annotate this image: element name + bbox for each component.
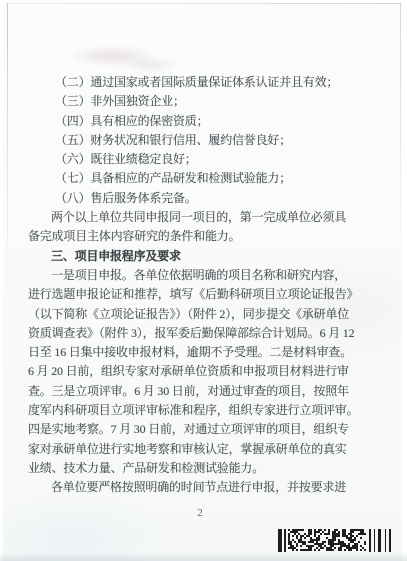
text-line: 各单位要严格按照明确的时间节点进行申报，并按要求进	[28, 478, 384, 497]
text-line: 一是项目申报。各单位依据明确的项目名称和研究内容，	[28, 266, 384, 285]
text-line: 备完成项目主体内容研究的条件和能力。	[28, 227, 384, 246]
ink-bleed-smudge	[120, 58, 180, 72]
text-line: （四）具有相应的保密资质；	[28, 112, 384, 131]
scan-background-right	[402, 0, 407, 561]
section-heading: 三、项目申报程序及要求	[28, 247, 384, 266]
text-line: 两个以上单位共同申报同一项目的，第一完成单位必须具	[28, 208, 384, 227]
scan-background-top	[0, 0, 407, 3]
text-line: 四是实地考察。7 月 30 日前，对通过立项评审的项目，组织专	[28, 420, 384, 439]
text-line: 6 月 20 日前，组织专家对承研单位资质和申报项目材料进行审	[28, 362, 384, 381]
text-line: 度军内科研项目立项评审标准和程序，组织专家进行立项评审。	[28, 401, 384, 420]
scan-background-left	[0, 0, 3, 561]
text-line: 查。三是立项评审。6 月 30 日前，对通过审查的项目，按照年	[28, 382, 384, 401]
page-edge-right	[400, 3, 401, 263]
scanned-document-page: （二）通过国家或者国际质量保证体系认证并且有效；（三）非外国独资企业；（四）具有…	[0, 0, 407, 561]
text-line: 进行选题申报论证和推荐，填写《后勤科研项目立项论证报告》	[28, 285, 384, 304]
text-line: （五）财务状况和银行信用、履约信誉良好；	[28, 131, 384, 150]
text-line: （六）既往业绩稳定良好；	[28, 150, 384, 169]
text-line: （七）具备相应的产品研发和检测试验能力；	[28, 169, 384, 188]
text-line: 日至 16 日集中接收申报材料，逾期不予受理。二是材料审查。	[28, 343, 384, 362]
text-line: （三）非外国独资企业；	[28, 92, 384, 111]
page-number: 2	[28, 507, 373, 519]
barcode-image	[278, 529, 392, 552]
text-line: 资质调查表》（附件 3），报军委后勤保障部综合计划局。6 月 12	[28, 324, 384, 343]
page-edge-left	[7, 3, 8, 303]
text-line: （二）通过国家或者国际质量保证体系认证并且有效；	[28, 73, 384, 92]
text-line: （以下简称《立项论证报告》）（附件 2），同步提交《承研单位	[28, 305, 384, 324]
text-line: 家对承研单位进行实地考察和审核认定，掌握承研单位的真实	[28, 440, 384, 459]
text-line: （八）售后服务体系完备。	[28, 189, 384, 208]
ink-bleed-smudge	[68, 46, 158, 66]
page-edge-top	[6, 3, 401, 4]
page-edge-bottom	[0, 552, 407, 561]
text-line: 业绩、技术力量、产品研发和检测试验能力。	[28, 459, 384, 478]
document-body: （二）通过国家或者国际质量保证体系认证并且有效；（三）非外国独资企业；（四）具有…	[28, 73, 384, 498]
